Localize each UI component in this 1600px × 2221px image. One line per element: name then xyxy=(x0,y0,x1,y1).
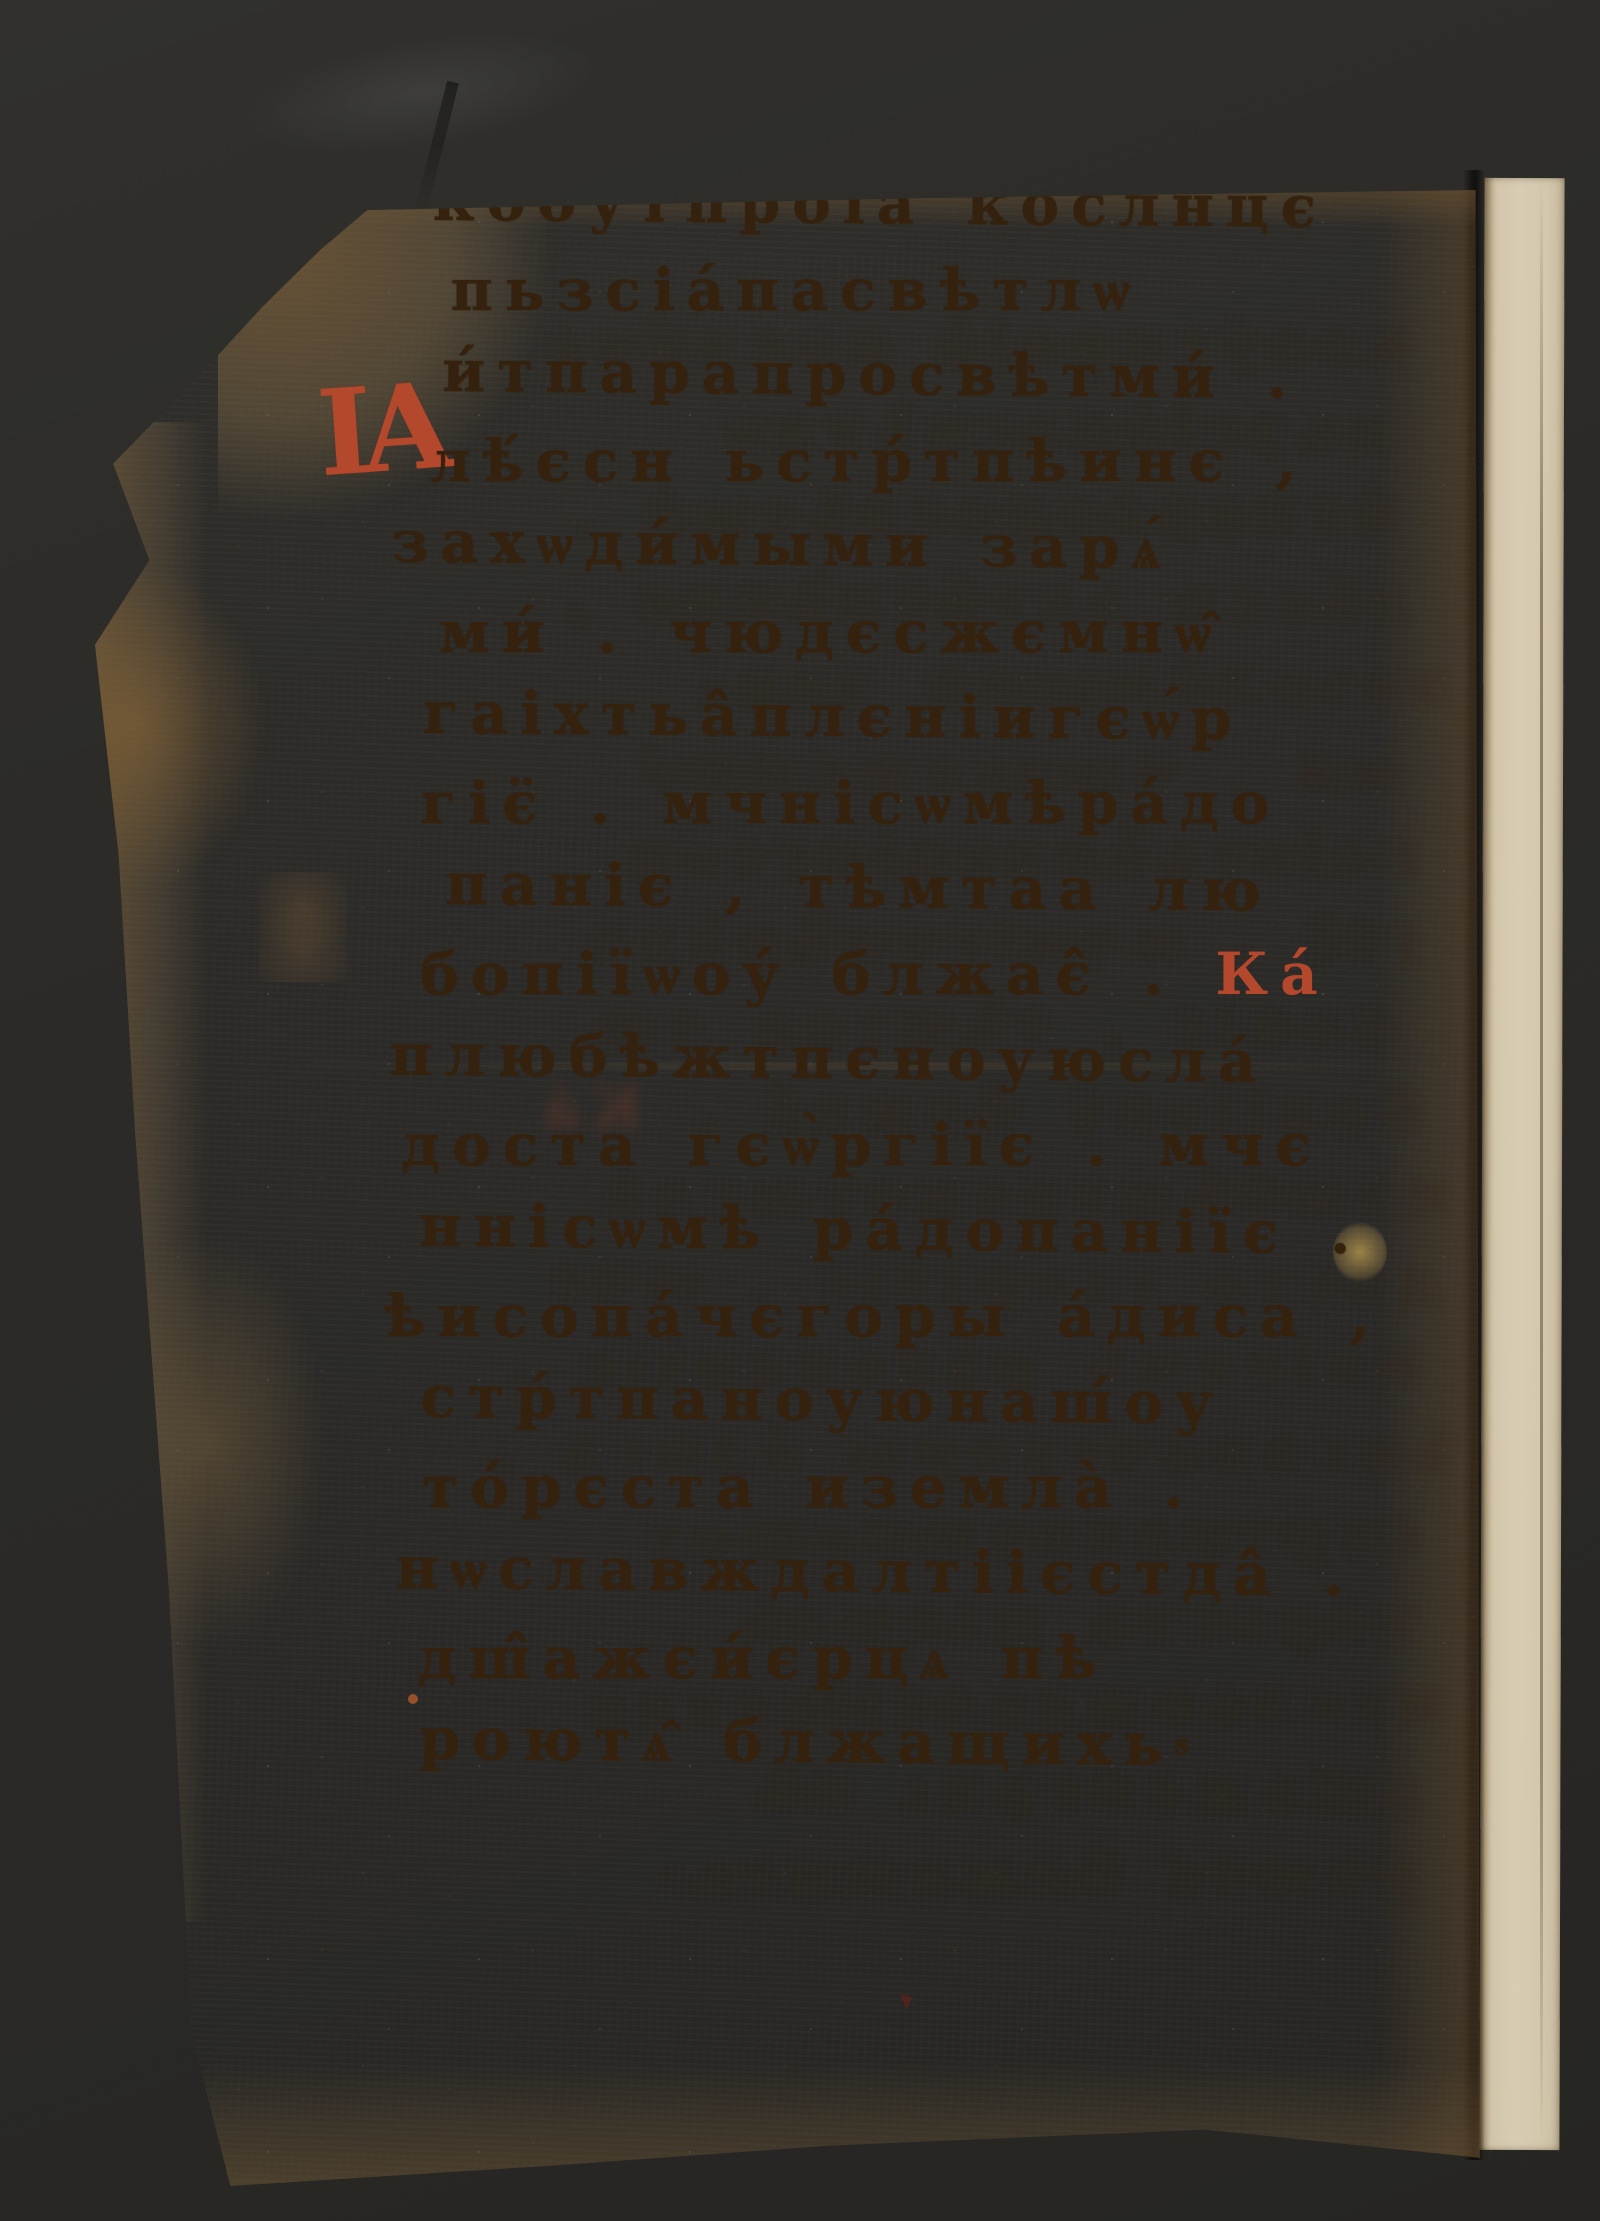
ink-text: доста гєѡ̀ргіїє . мчє xyxy=(401,1110,1322,1178)
text-line: роютѧ̂ блжащихьs xyxy=(419,1705,1498,1799)
ink-text: и́тпарапросвѣтми́ . xyxy=(442,337,1299,412)
ink-text: роютѧ̂ блжащихь xyxy=(419,1705,1175,1779)
text-line: лѣ́єсн ьстр́тпѣинє , xyxy=(430,427,1502,513)
ink-text: s xyxy=(664,1860,680,1890)
text-line: пьзсіа́пасвѣтлѡ xyxy=(450,256,1502,342)
ink-text: кооу́тпроіа̂ кослн́цє xyxy=(433,166,1329,241)
adjacent-folio-edge xyxy=(1479,178,1564,2150)
text-line: плюбѣжтпєноуюсла́ xyxy=(389,1021,1500,1115)
ink-text: пьзсіа́пасвѣтлѡ xyxy=(450,256,1141,324)
ink-text: лѣ́єсн ьстр́тпѣинє , xyxy=(430,427,1308,495)
ink-text: s xyxy=(1175,1729,1192,1760)
ink-text: нѡславждалтіієстда̂ . xyxy=(396,1534,1356,1610)
text-line: гаіхтьа̂плєніигєѡ́р xyxy=(423,679,1502,773)
text-line: гіє̈ . мчнісѡмѣра́до xyxy=(421,769,1501,855)
ink-text: стр́тпаноуюнаш́оу xyxy=(420,1363,1224,1437)
text-line: ѣисопа́чєгоры а́диса , xyxy=(385,1281,1499,1367)
ink-text: захѡди́мыми зарѧ́ xyxy=(391,508,1173,582)
ink-text: ѣисопа́чєгоры а́диса , xyxy=(385,1281,1382,1349)
ink-text: то́рєста иземла̀ . xyxy=(422,1453,1196,1521)
text-line: роютѧ̂ блжащихьs xyxy=(388,1840,1416,1929)
text-line: ннісѡмѣ ра́допаніїє . xyxy=(419,1192,1500,1286)
ink-text: гаіхтьа̂плєніигєѡ́р xyxy=(423,679,1244,753)
manuscript-photo: кооу́тпроіа̂ кослн́цєпьзсіа́пасвѣтлѡи́тп… xyxy=(0,0,1600,2221)
ink-text: плюбѣжтпєноуюсла́ xyxy=(390,1021,1269,1096)
text-line: стр́тпаноуюнаш́оу xyxy=(420,1363,1499,1457)
manuscript-leaf: кооу́тпроіа̂ кослн́цєпьзсіа́пасвѣтлѡи́тп… xyxy=(88,182,1484,2194)
ink-text: паніє , тѣмтаа лю xyxy=(445,850,1273,924)
ink-text: гіє̈ . мчнісѡмѣра́до xyxy=(421,769,1282,837)
text-line: и́тпарапросвѣтми́ . xyxy=(442,337,1503,431)
rubric-text: Ка́ xyxy=(1215,940,1329,1008)
ink-text: роютѧ̂ блжащихь xyxy=(680,1840,1416,1909)
text-line: дш̂ажєи́єрцѧ пѣ xyxy=(418,1623,1498,1709)
text-line: то́рєста иземла̀ . xyxy=(422,1453,1498,1539)
adjacent-folio-crease xyxy=(1540,178,1543,2150)
text-line: нѡславждалтіієстда̂ . xyxy=(396,1534,1499,1628)
text-line: ми́ . чюдєсжємнѡ̂ xyxy=(439,598,1501,684)
ink-text: бопіїѡоу́ блжає̂ . xyxy=(420,940,1215,1008)
ink-text: ннісѡмѣ ра́допаніїє . xyxy=(419,1192,1363,1267)
backdrop-fold-highlight xyxy=(234,11,607,176)
text-line: бопіїѡоу́ блжає̂ . Ка́ xyxy=(420,940,1500,1026)
text-line: паніє , тѣмтаа лю xyxy=(445,850,1501,944)
text-line: захѡди́мыми зарѧ́ xyxy=(391,508,1502,602)
ink-text: ми́ . чюдєсжємнѡ̂ xyxy=(439,598,1223,666)
text-line: доста гєѡ̀ргіїє . мчє xyxy=(401,1110,1499,1196)
text-line: кооу́тпроіа̂ кослн́цє xyxy=(432,166,1503,260)
ink-text: дш̂ажєи́єрцѧ пѣ xyxy=(418,1623,1109,1691)
text-block: кооу́тпроіа̂ кослн́цєпьзсіа́пасвѣтлѡи́тп… xyxy=(417,168,1503,1796)
